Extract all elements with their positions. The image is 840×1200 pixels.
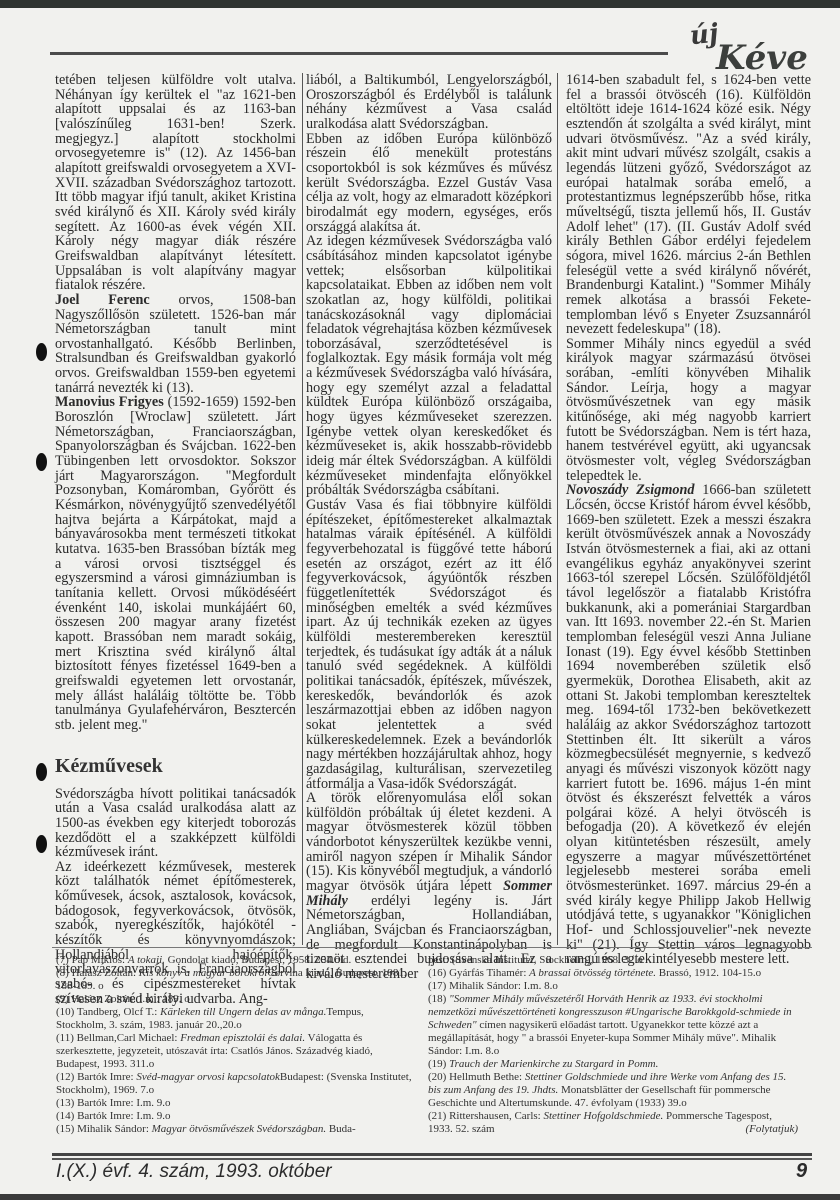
paragraph: Az idegen kézművesek Svédországba való c… bbox=[306, 234, 552, 498]
paragraph: Novoszády Zsigmond 1666-ban született Lő… bbox=[566, 483, 811, 967]
footnote: (14) Bartók Imre: I.m. 9.o bbox=[56, 1110, 416, 1123]
footnote: (12) Bartók Imre: Svéd-magyar orvosi kap… bbox=[56, 1071, 416, 1097]
footnote: (8) Halász Zoltán: Kis könyv a magyar bo… bbox=[56, 967, 416, 993]
article-column-3: 1614-ben szabadult fel, s 1624-ben vette… bbox=[566, 73, 811, 967]
scan-bottom-edge bbox=[0, 1194, 840, 1200]
footnote: (7) Pap Miklós: A tokaji. Gondolat kiadó… bbox=[56, 954, 416, 967]
binder-hole-icon bbox=[36, 453, 47, 471]
person-name: Novoszády Zsigmond bbox=[566, 482, 694, 498]
scan-top-edge bbox=[0, 0, 840, 8]
paragraph: Gustáv Vasa és fiai többnyire külföldi é… bbox=[306, 498, 552, 791]
footnote: (16) Gyárfás Tihamér: A brassai ötvösség… bbox=[428, 967, 798, 980]
issue-info: I.(X.) évf. 4. szám, 1993. október bbox=[56, 1161, 332, 1183]
footnote-rule bbox=[52, 947, 812, 948]
footnotes-right: pest: (Svenska Institutet, Stockholm), 1… bbox=[428, 954, 798, 1136]
paragraph: Manovius Frigyes (1592-1659) 1592-ben Bo… bbox=[55, 395, 296, 732]
footnote: (11) Bellman,Carl Michael: Fredman episz… bbox=[56, 1032, 416, 1071]
header-rule bbox=[50, 52, 406, 55]
magazine-logo: új Kéve bbox=[668, 16, 818, 76]
person-name: Joel Ferenc bbox=[55, 292, 150, 308]
paragraph: Svédországba hívott politikai tanácsadók… bbox=[55, 787, 296, 860]
article-column-1: tetében teljesen külföldre volt utalva. … bbox=[55, 73, 296, 1006]
footnote: (17) Mihalik Sándor: I.m. 8.o bbox=[428, 980, 798, 993]
person-name: Manovius Frigyes bbox=[55, 394, 164, 410]
article-column-2: liából, a Baltikumból, Lengyelországból,… bbox=[306, 73, 552, 982]
paragraph: Joel Ferenc orvos, 1508-ban Nagyszőllősö… bbox=[55, 293, 296, 396]
paragraph: liából, a Baltikumból, Lengyelországból,… bbox=[306, 73, 552, 132]
binder-hole-icon bbox=[36, 835, 47, 853]
paragraph: 1614-ben szabadult fel, s 1624-ben vette… bbox=[566, 73, 811, 337]
footnote: (15) Mihalik Sándor: Magyar ötvösművésze… bbox=[56, 1123, 416, 1136]
column-divider bbox=[302, 73, 303, 945]
footnote: (10) Tandberg, Olcf T.: Kärleken till Un… bbox=[56, 1006, 416, 1032]
footnote: pest: (Svenska Institutet, Stockholm), 1… bbox=[428, 954, 798, 967]
column-divider bbox=[557, 73, 558, 945]
footer-rule bbox=[52, 1158, 812, 1160]
paragraph: tetében teljesen külföldre volt utalva. … bbox=[55, 73, 296, 293]
footer-rule bbox=[52, 1153, 812, 1156]
paragraph: Ebben az időben Európa különböző részein… bbox=[306, 132, 552, 235]
footnote: (9) Halász Zoltán: I.m.: 189. o bbox=[56, 993, 416, 1006]
paragraph: Sommer Mihály nincs egyedül a svéd királ… bbox=[566, 337, 811, 484]
binder-hole-icon bbox=[36, 763, 47, 781]
footnote: (18) "Sommer Mihály művészetéről Horváth… bbox=[428, 993, 798, 1058]
section-heading: Kézművesek bbox=[55, 755, 296, 777]
footnote: (19) Trauch der Marienkirche zu Stargard… bbox=[428, 1058, 798, 1071]
footnote: (13) Bartók Imre: I.m. 9.o bbox=[56, 1097, 416, 1110]
page-number: 9 bbox=[796, 1160, 807, 1183]
footnotes-left: (7) Pap Miklós: A tokaji. Gondolat kiadó… bbox=[56, 954, 416, 1136]
header-rule bbox=[406, 52, 668, 55]
binder-hole-icon bbox=[36, 343, 47, 361]
footnote: (20) Hellmuth Bethe: Stettiner Goldschmi… bbox=[428, 1071, 798, 1110]
